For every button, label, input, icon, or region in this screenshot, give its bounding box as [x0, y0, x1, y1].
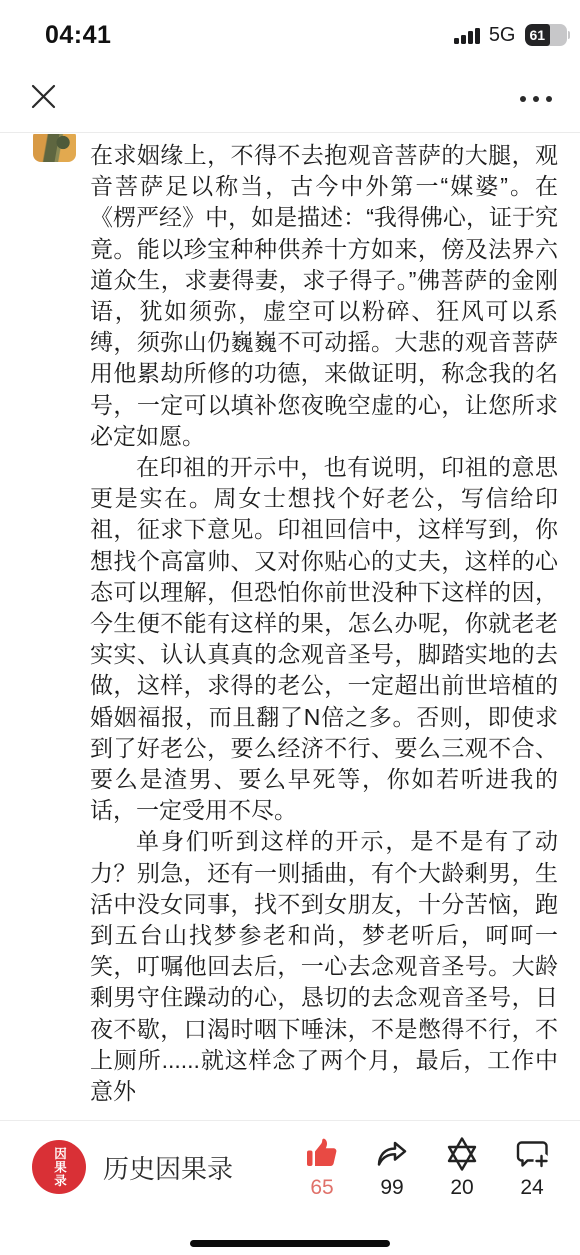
- article-body: 在求姻缘上，不得不去抱观音菩萨的大腿，观音菩萨足以称当，古今中外第一“媒婆”。在…: [0, 134, 580, 1107]
- share-button[interactable]: 99: [368, 1134, 416, 1200]
- signal-bars-icon: [454, 27, 480, 44]
- avatar-seal-text: 因果录: [53, 1147, 66, 1188]
- status-bar: 04:41 5G 61: [0, 0, 580, 60]
- close-icon[interactable]: [28, 81, 58, 111]
- rosette-star-icon: [442, 1134, 482, 1174]
- author-profile[interactable]: 因果录 历史因果录: [32, 1140, 298, 1194]
- cropped-inline-image: [33, 134, 76, 162]
- author-name: 历史因果录: [103, 1149, 233, 1186]
- weibo-article-viewer: 04:41 5G 61 在求姻缘上，不得不去抱观音菩萨的大腿，观音菩萨足以称当，…: [0, 0, 580, 1255]
- article-paragraph: 在求姻缘上，不得不去抱观音菩萨的大腿，观音菩萨足以称当，古今中外第一“媒婆”。在…: [90, 140, 558, 452]
- author-avatar[interactable]: 因果录: [32, 1140, 86, 1194]
- share-count: 99: [380, 1176, 403, 1200]
- comment-count: 24: [520, 1176, 543, 1200]
- battery-percent: 61: [530, 27, 546, 43]
- thumbs-up-icon: [302, 1134, 342, 1174]
- article-scroll-area[interactable]: 在求姻缘上，不得不去抱观音菩萨的大腿，观音菩萨足以称当，古今中外第一“媒婆”。在…: [0, 134, 580, 1120]
- share-forward-icon: [372, 1134, 412, 1174]
- comment-add-icon: [512, 1134, 552, 1174]
- more-options-icon[interactable]: [520, 81, 552, 111]
- comment-button[interactable]: 24: [508, 1134, 556, 1200]
- clock-time: 04:41: [45, 21, 111, 50]
- footer-action-bar: 因果录 历史因果录 65 99: [0, 1120, 580, 1255]
- viewer-nav-bar: [0, 60, 580, 133]
- battery-icon: 61: [525, 24, 571, 46]
- reward-button[interactable]: 20: [438, 1134, 486, 1200]
- status-indicators: 5G 61: [454, 24, 570, 47]
- article-paragraph: 在印祖的开示中，也有说明，印祖的意思更是实在。周女士想找个好老公，写信给印祖，征…: [90, 452, 558, 826]
- network-type-label: 5G: [489, 24, 516, 47]
- home-indicator[interactable]: [190, 1240, 390, 1247]
- article-paragraph: 单身们听到这样的开示，是不是有了动力？别急，还有一则插曲，有个大龄剩男，生活中没…: [90, 826, 558, 1107]
- like-button[interactable]: 65: [298, 1134, 346, 1200]
- like-count: 65: [310, 1176, 333, 1200]
- action-buttons: 65 99 20: [298, 1134, 556, 1200]
- reward-count: 20: [450, 1176, 473, 1200]
